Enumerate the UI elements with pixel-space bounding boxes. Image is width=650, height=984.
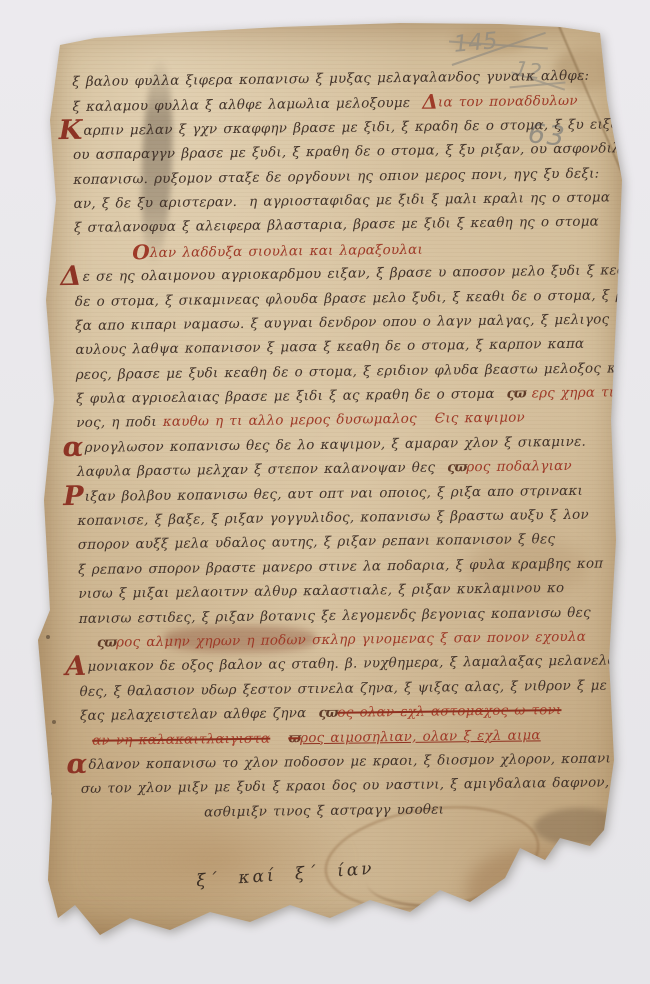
- text-segment: ου ασπαραγγν βρασε με ξυδι, ξ κραθη δε ο…: [73, 140, 634, 163]
- text-segment: νισω ξ μιξαι μελαοιτνν αλθυρ καλαστιαλε,…: [78, 580, 564, 602]
- text-segment: ξ βαλου φυλλα ξιφερα κοπανισω ξ μυξας με…: [72, 68, 589, 90]
- text-segment: λαφυλα βραστω μελχαν ξ στεπον καλανοψαν …: [77, 460, 448, 481]
- rubricated-initial: Α: [65, 651, 87, 682]
- text-segment: κοπανισε, ξ βαξε, ξ ριξαν γογγυλιδος, κο…: [77, 507, 589, 529]
- text-segment: λαν λαδδυξα σιουλαι και λαραξουλαι: [150, 241, 423, 260]
- text-segment: ρεος, βρασε με ξυδι κεαθη δε ο στομα, ξ …: [76, 360, 641, 383]
- text-segment: ια τον ποναδδυλων: [438, 93, 578, 111]
- text-segment: ξ καλαμου φυλλα ξ αλθφε λαμωλια μελοξουμ…: [72, 95, 422, 115]
- rubricated-initial: Ο: [132, 240, 150, 264]
- text-segment: ξ φυλα αγριοελαιας βρασε με ξιδι ξ ας κρ…: [76, 386, 507, 407]
- wormhole: [52, 720, 56, 724]
- rubricated-initial: α: [62, 432, 83, 463]
- text-segment: αν νη καλακαιτλαιγιστα: [92, 730, 270, 748]
- rubricated-initial: Κ: [59, 115, 83, 146]
- text-segment: ξας μελαχειστελαν αλθφε ζηνα: [80, 705, 319, 724]
- text-segment: ος ολαν εχλ αστομαχος ω τονι: [337, 702, 561, 721]
- text-segment: σπορον αυξξ μελα υδαλος αυτης, ξ ριξαν ρ…: [78, 532, 556, 554]
- wormhole: [46, 635, 50, 639]
- text-segment: μονιακον δε οξος βαλον ας σταθη. β. νυχθ…: [87, 652, 650, 675]
- text-segment: αρπιν μελαν ξ γχν σκαφφην βρασε με ξιδι,…: [83, 116, 633, 139]
- text-segment: ξ ρεπανο σπορον βραστε μανερο στινε λα π…: [78, 555, 603, 577]
- text-segment: νος, η ποδι: [76, 414, 163, 431]
- text-segment: ασθιμιξν τινος ξ αστραγγ υσοθει: [204, 801, 444, 820]
- bottom-inscription: ξ΄ καί ξ΄ ίαν: [196, 859, 376, 891]
- text-segment: δλανον κοπανισω το χλον ποδοσον με κραοι…: [88, 750, 611, 772]
- text-segment: ρος αιμοσηλιαν, ολαν ξ εχλ αιμα: [300, 727, 541, 746]
- text-segment: κοπανισω. ρυξομον σταξε δε οργδουνι ης ο…: [73, 165, 599, 187]
- text-segment: ρος ποδαλγιαν: [466, 458, 572, 475]
- paragraph-ornament: ϖ: [288, 730, 300, 746]
- rubricated-initial: α: [66, 749, 87, 780]
- text-segment: πανισω εστιδες, ξ ριξαν βοτανις ξε λεγομ…: [79, 604, 591, 626]
- paragraph-ornament: ςϖ: [506, 386, 525, 402]
- text-segment: αν, ξ δε ξυ αριστεραν. η αγριοσταφιδας μ…: [74, 189, 611, 212]
- text-segment: δε ο στομα, ξ σικαμινεας φλουδα βρασε με…: [75, 287, 629, 310]
- water-stain-bottom-middle: [466, 848, 596, 930]
- text-segment: αυλους λαθψα κοπανισον ξ μασα ξ κεαθη δε…: [75, 336, 584, 358]
- text-segment: σω τον χλον μιξν με ξυδι ξ κραοι δος ου …: [81, 775, 610, 797]
- text-segment: [270, 730, 288, 746]
- manuscript-page: 145 12 63 ξ βαλου φυλλα ξιφερα κοπανισω …: [36, 20, 632, 945]
- paragraph-ornament: ςϖ: [318, 705, 337, 721]
- text-segment: ξ σταλανοφυα ξ αλειφερα βλασταρια, βρασε…: [74, 214, 599, 236]
- text-segment: ερς χηρα τι: [526, 384, 615, 401]
- text-segment: ρνογλωσον κοπανισω θες δε λο καψιμον, ξ …: [85, 434, 587, 456]
- tide-line-arc: [364, 834, 551, 915]
- manuscript-page-wrapper: 145 12 63 ξ βαλου φυλλα ξιφερα κοπανισω …: [36, 20, 632, 945]
- text-segment: ρος αλμην χηρων η ποδων σκληρ γινομενας …: [116, 629, 586, 651]
- rubricated-initial: Δ: [60, 261, 82, 292]
- paragraph-ornament: ςϖ: [447, 459, 466, 475]
- text-segment: ιξαν βολβου κοπανισω θες, αυτ οπτ ναι οπ…: [85, 482, 583, 504]
- text-segment: ε σε ης ολαιμονου αγριοκαρδμου ειξαν, ξ …: [83, 262, 645, 285]
- text-segment: θες, ξ θαλασιον υδωρ ξεστον στινελα ζηνα…: [79, 677, 607, 699]
- rubricated-initial: Ρ: [63, 481, 84, 512]
- wormhole: [48, 792, 52, 796]
- text-segment: ξα απο κιπαρι ναμασω. ξ αυγναι δενδρον ο…: [75, 311, 609, 334]
- rubricated-initial: Δ: [422, 90, 438, 114]
- manuscript-lines: ξ βαλου φυλλα ξιφερα κοπανισω ξ μυξας με…: [72, 64, 567, 826]
- paragraph-ornament: ςϖ: [97, 634, 116, 650]
- text-segment: καυθω η τι αλλο μερος δυσωμαλος Єις καψι…: [163, 410, 525, 430]
